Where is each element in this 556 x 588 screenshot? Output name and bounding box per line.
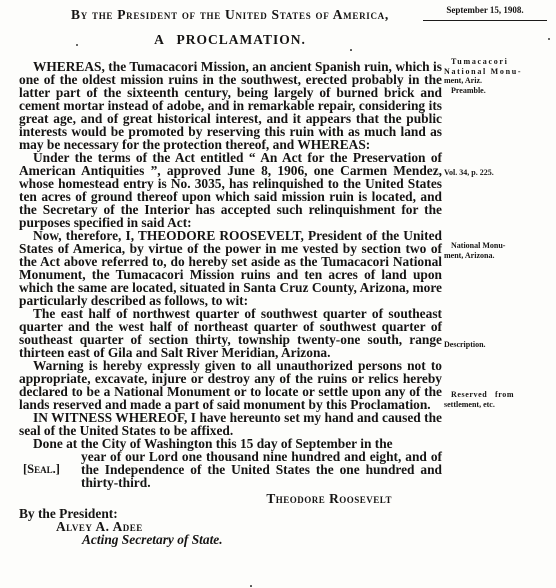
paragraph-antiquities-act: Under the terms of the Act entitled “ An…	[19, 151, 442, 229]
paragraph-preamble: WHEREAS, the Tumacacori Mission, an anci…	[19, 60, 442, 151]
paragraph-warning: Warning is hereby expressly given to all…	[19, 359, 442, 411]
main-text-column: WHEREAS, the Tumacacori Mission, an anci…	[19, 60, 442, 546]
margin-note-reserved: Reserved from settlement, etc.	[444, 390, 554, 409]
president-signature: Theodore Roosevelt	[19, 492, 442, 505]
proclamation-page: By the President of the United States of…	[0, 0, 556, 588]
page-title: A PROCLAMATION.	[0, 32, 460, 48]
paragraph-establishment: Now, therefore, I, THEODORE ROOSEVELT, P…	[19, 229, 442, 307]
margin-note-national-monument: National Monu- ment, Arizona.	[444, 241, 554, 260]
document-masthead: By the President of the United States of…	[0, 0, 556, 22]
header-title: By the President of the United States of…	[0, 7, 460, 22]
paragraph-witness: IN WITNESS WHEREOF, I have hereunto set …	[19, 411, 442, 437]
margin-note-description: Description.	[444, 340, 554, 350]
margin-note-statute-citation: Vol. 34, p. 225.	[444, 168, 554, 178]
done-at-continuation: year of our Lord one thousand nine hundr…	[81, 450, 442, 489]
closing-date-block: Done at the City of Washington this 15 d…	[19, 437, 442, 489]
scan-speck	[250, 585, 252, 587]
secretary-title: Acting Secretary of State.	[82, 533, 442, 546]
scan-speck	[76, 44, 78, 46]
paragraph-land-description: The east half of northwest quarter of so…	[19, 307, 442, 359]
scan-speck	[548, 38, 550, 40]
seal-mark: [Seal.]	[23, 463, 60, 476]
margin-note-preamble: Tumacacori National Monu- ment, Ariz. Pr…	[444, 57, 554, 95]
date-text: September 15, 1908.	[446, 5, 523, 15]
scan-speck	[350, 49, 352, 51]
date-annotation: September 15, 1908.	[423, 5, 547, 21]
